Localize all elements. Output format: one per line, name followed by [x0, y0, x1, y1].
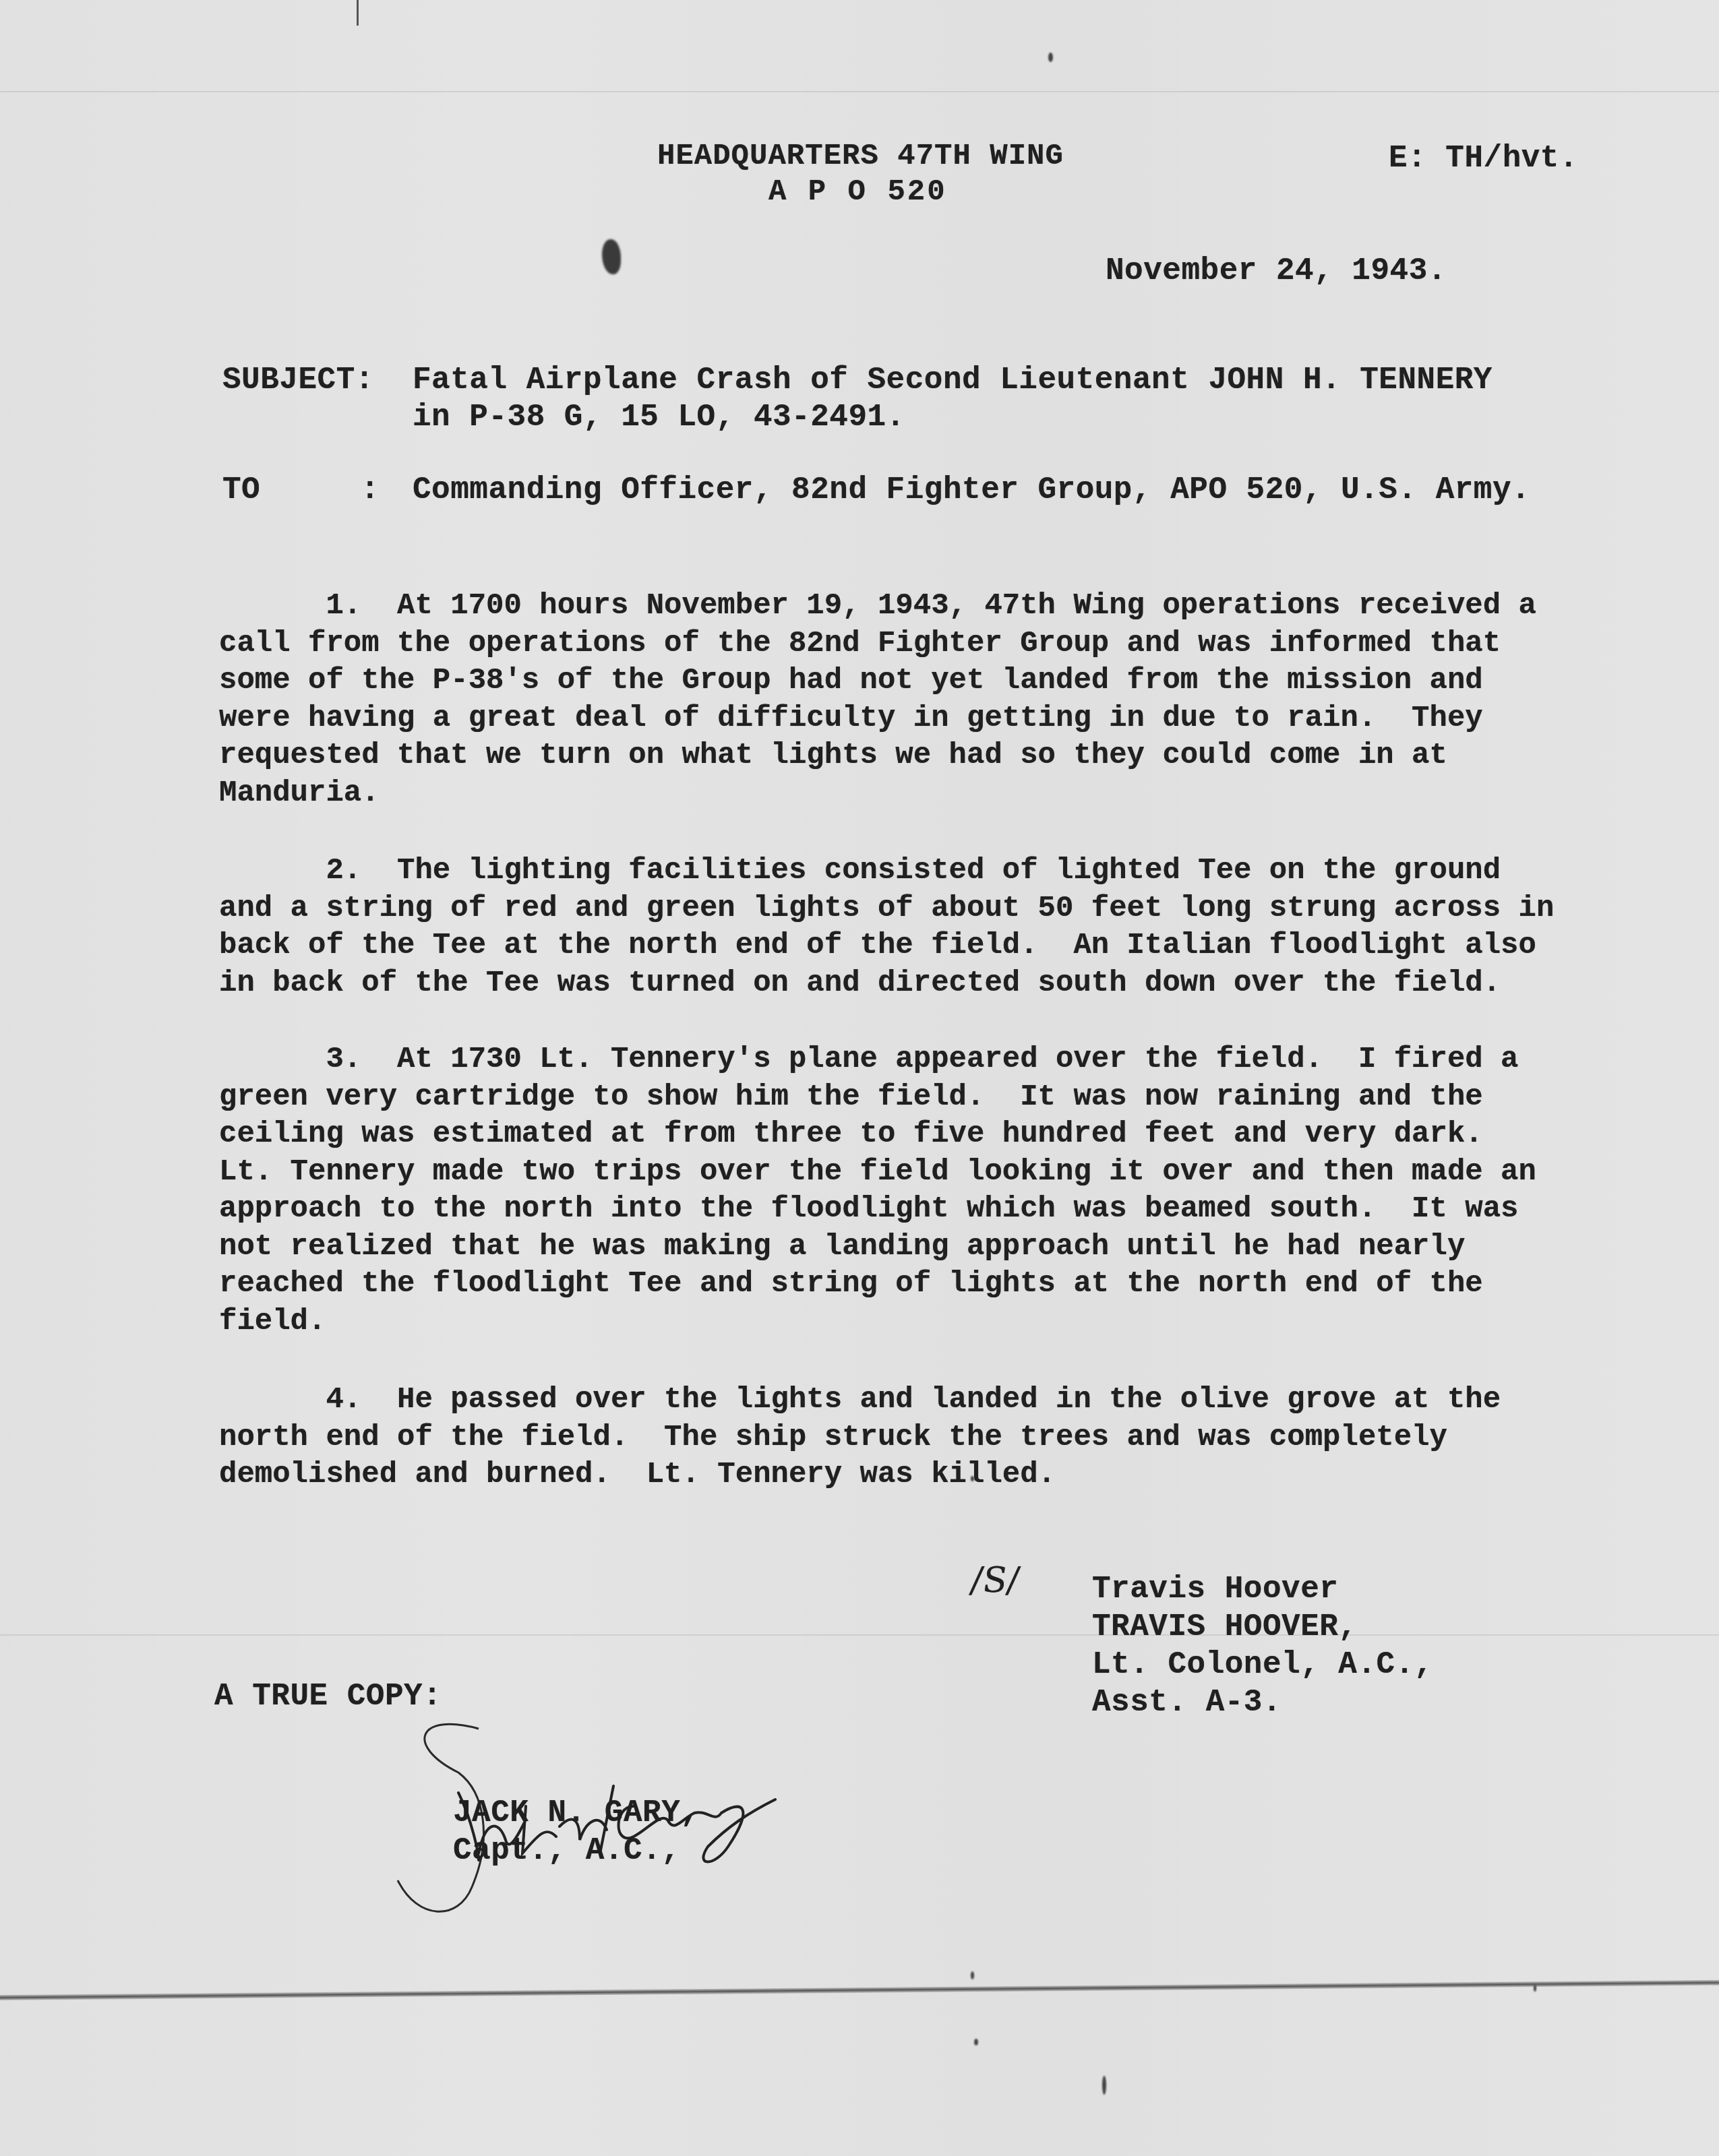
certifying-officer-block: JACK N. GARY, Capt., A.C., [453, 1794, 699, 1870]
body-paragraph-2: 2. The lighting facilities consisted of … [219, 853, 1635, 1002]
scan-artifact-line [0, 91, 1719, 92]
body-paragraph-4: 4. He passed over the lights and landed … [219, 1382, 1635, 1494]
true-copy-label: A TRUE COPY: [214, 1678, 442, 1715]
scan-speck [971, 1476, 974, 1481]
memo-date: November 24, 1943. [1106, 253, 1447, 290]
scan-speck [974, 2039, 978, 2045]
scan-artifact-mark [357, 0, 359, 26]
reference-code: E: TH/hvt. [1389, 140, 1578, 177]
body-paragraph-3: 3. At 1730 Lt. Tennery's plane appeared … [219, 1041, 1635, 1341]
letterhead-apo: A P O 520 [768, 174, 947, 211]
to-colon: : [361, 472, 380, 509]
subject-text: Fatal Airplane Crash of Second Lieutenan… [413, 362, 1492, 436]
signature-block: Travis Hoover TRAVIS HOOVER, Lt. Colonel… [1092, 1570, 1433, 1721]
to-label: TO [222, 472, 260, 509]
scan-speck [971, 1971, 974, 1979]
to-recipient: Commanding Officer, 82nd Fighter Group, … [413, 472, 1530, 509]
ink-blot-mark [602, 239, 621, 274]
letterhead-title: HEADQUARTERS 47TH WING [657, 138, 1064, 175]
scanned-memo-page: HEADQUARTERS 47TH WING A P O 520 E: TH/h… [0, 0, 1719, 2156]
scan-speck [1048, 53, 1053, 62]
body-paragraph-1: 1. At 1700 hours November 19, 1943, 47th… [219, 588, 1635, 812]
scan-artifact-line [0, 1634, 1719, 1636]
signed-mark: /S/ [968, 1562, 1022, 1599]
subject-label: SUBJECT: [222, 362, 374, 399]
scan-speck [1102, 2076, 1106, 2095]
scan-fold-line [0, 1980, 1719, 2000]
